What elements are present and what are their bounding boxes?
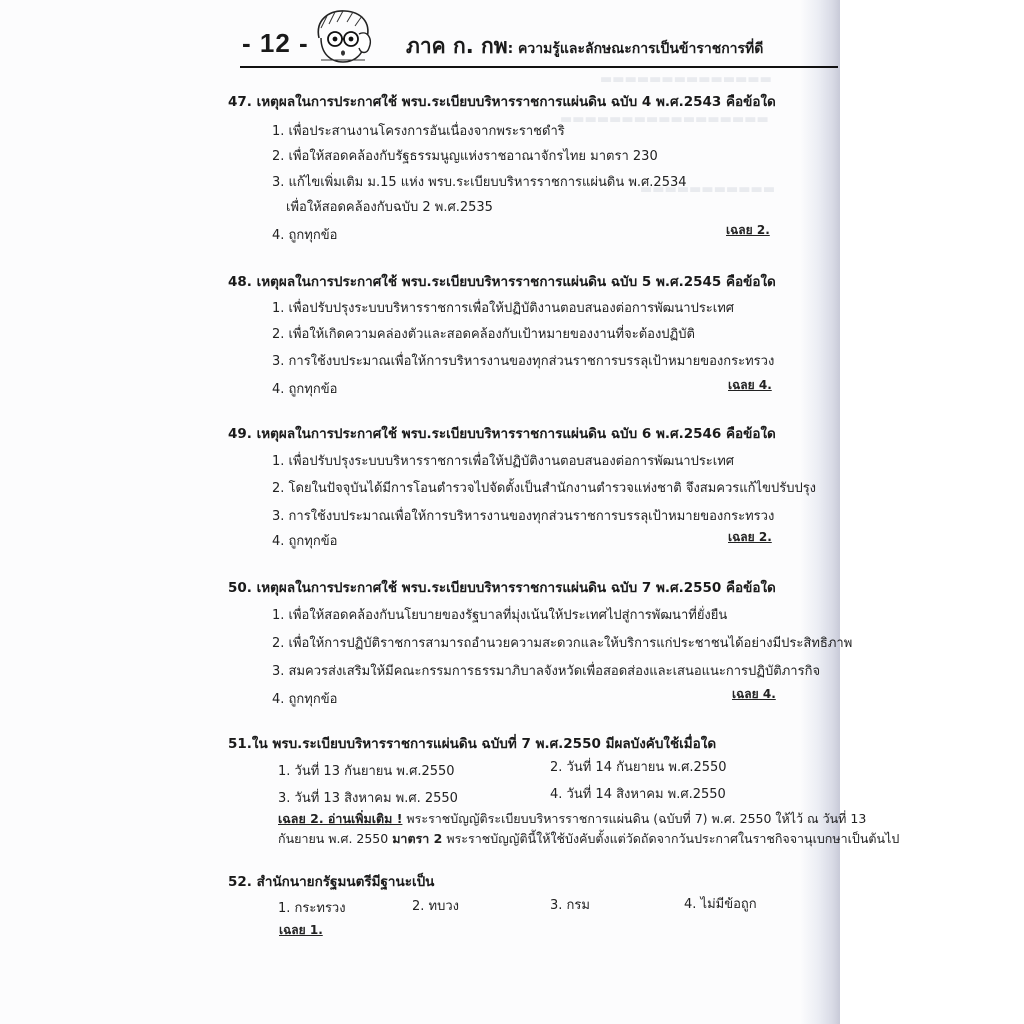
answer-key: เฉลย 2. [726, 221, 770, 240]
question-number: 52. [228, 874, 252, 890]
answer-key: เฉลย 1. [279, 921, 323, 940]
question-text: เหตุผลในการประกาศใช้ พรบ.ระเบียบบริหารรา… [257, 426, 776, 442]
question-49: 49. เหตุผลในการประกาศใช้ พรบ.ระเบียบบริห… [228, 422, 776, 444]
question-number: 50. [228, 580, 252, 596]
header-title-main: ภาค ก. กพ [406, 34, 508, 58]
question-number: 48. [228, 274, 252, 290]
option: 3. วันที่ 13 สิงหาคม พ.ศ. 2550 [278, 787, 458, 808]
answer-key: เฉลย 2. อ่านเพิ่มเติม ! [278, 811, 402, 826]
option: 3. กรม [550, 894, 590, 915]
page-number: - 12 - [242, 28, 309, 59]
question-number: 49. [228, 426, 252, 442]
option: 2. เพื่อให้เกิดความคล่องตัวและสอดคล้องกั… [272, 323, 695, 344]
option-continuation: เพื่อให้สอดคล้องกับฉบับ 2 พ.ศ.2535 [286, 196, 493, 217]
option: 1. กระทรวง [278, 897, 346, 918]
option: 4. ถูกทุกข้อ [272, 224, 337, 245]
note-text: พระราชบัญญัตินี้ให้ใช้บังคับตั้งแต่วัดถั… [442, 831, 899, 846]
question-text: เหตุผลในการประกาศใช้ พรบ.ระเบียบบริหารรา… [257, 580, 776, 596]
option: 4. วันที่ 14 สิงหาคม พ.ศ.2550 [550, 783, 726, 804]
cartoon-girl-with-glasses-icon [307, 8, 377, 66]
question-50: 50. เหตุผลในการประกาศใช้ พรบ.ระเบียบบริห… [228, 576, 776, 598]
option: 3. การใช้งบประมาณเพื่อให้การบริหารงานของ… [272, 350, 774, 371]
question-text: สำนักนายกรัฐมนตรีมีฐานะเป็น [257, 874, 435, 890]
option: 1. เพื่อให้สอดคล้องกับนโยบายของรัฐบาลที่… [272, 604, 727, 625]
question-48: 48. เหตุผลในการประกาศใช้ พรบ.ระเบียบบริห… [228, 270, 776, 292]
option: 2. ทบวง [412, 895, 459, 916]
question-47: 47. เหตุผลในการประกาศใช้ พรบ.ระเบียบบริห… [228, 90, 776, 112]
note-section-ref: มาตรา 2 [392, 831, 442, 846]
note-text: กันยายน พ.ศ. 2550 [278, 831, 392, 846]
option: 4. ถูกทุกข้อ [272, 688, 337, 709]
header-title-sub: : ความรู้และลักษณะการเป็นข้าราชการที่ดี [508, 41, 764, 57]
option: 4. ไม่มีข้อถูก [684, 893, 757, 914]
option: 3. สมควรส่งเสริมให้มีคณะกรรมการธรรมาภิบา… [272, 660, 820, 681]
option: 1. เพื่อประสานงานโครงการอันเนื่องจากพระร… [272, 120, 565, 141]
bleed-through-text: ▬▬▬▬▬▬▬▬▬▬▬▬▬▬▬▬▬ [560, 112, 769, 127]
option: 4. ถูกทุกข้อ [272, 378, 337, 399]
question-text: เหตุผลในการประกาศใช้ พรบ.ระเบียบบริหารรา… [257, 274, 776, 290]
option: 2. เพื่อให้สอดคล้องกับรัฐธรรมนูญแห่งราชอ… [272, 145, 658, 166]
option: 2. เพื่อให้การปฏิบัติราชการสามารถอำนวยคว… [272, 632, 852, 653]
answer-note: เฉลย 2. อ่านเพิ่มเติม ! พระราชบัญญัติระเ… [278, 809, 866, 829]
question-number: 47. [228, 94, 252, 110]
question-52: 52. สำนักนายกรัฐมนตรีมีฐานะเป็น [228, 870, 434, 892]
option: 1. เพื่อปรับปรุงระบบบริหารราชการเพื่อให้… [272, 297, 734, 318]
answer-key: เฉลย 4. [732, 685, 776, 704]
answer-note-line2: กันยายน พ.ศ. 2550 มาตรา 2 พระราชบัญญัติน… [278, 829, 899, 849]
answer-key: เฉลย 2. [728, 528, 772, 547]
header-title: ภาค ก. กพ: ความรู้และลักษณะการเป็นข้าราช… [406, 30, 763, 63]
page-binding-shadow [800, 0, 840, 1024]
answer-key: เฉลย 4. [728, 376, 772, 395]
bleed-through-text: ▬▬▬▬▬▬▬▬▬▬▬▬▬▬ [600, 72, 772, 87]
question-text: เหตุผลในการประกาศใช้ พรบ.ระเบียบบริหารรา… [257, 94, 776, 110]
question-51: 51.ใน พรบ.ระเบียบบริหารราชการแผ่นดิน ฉบั… [228, 732, 716, 754]
option: 2. โดยในปัจจุบันได้มีการโอนตำรวจไปจัดตั้… [272, 477, 816, 498]
option: 2. วันที่ 14 กันยายน พ.ศ.2550 [550, 756, 727, 777]
option: 1. วันที่ 13 กันยายน พ.ศ.2550 [278, 760, 455, 781]
page-header: - 12 - ภาค ก. กพ: ความรู้และลักษณะการเป็… [240, 22, 836, 66]
option: 1. เพื่อปรับปรุงระบบบริหารราชการเพื่อให้… [272, 450, 734, 471]
question-text: ใน พรบ.ระเบียบบริหารราชการแผ่นดิน ฉบับที… [252, 736, 716, 752]
question-number: 51. [228, 736, 252, 752]
note-text: พระราชบัญญัติระเบียบบริหารราชการแผ่นดิน … [402, 811, 866, 826]
option: 3. การใช้งบประมาณเพื่อให้การบริหารงานของ… [272, 505, 774, 526]
option: 3. แก้ไขเพิ่มเติม ม.15 แห่ง พรบ.ระเบียบบ… [272, 171, 687, 192]
header-divider [240, 66, 838, 68]
option: 4. ถูกทุกข้อ [272, 530, 337, 551]
